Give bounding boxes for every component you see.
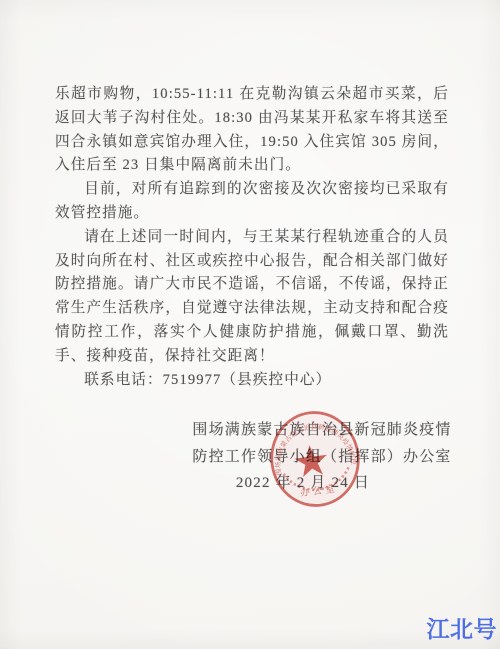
watermark-logo: 江北号 [427, 619, 498, 642]
paragraph-itinerary: 乐超市购物，10:55-11:11 在克勒沟镇云朵超市买菜，后返回大苇子沟村住处… [55, 83, 449, 178]
document-body: 乐超市购物，10:55-11:11 在克勒沟镇云朵超市买菜，后返回大苇子沟村住处… [55, 83, 449, 392]
paragraph-public-notice: 请在上述同一时间内，与王某某行程轨迹重合的人员及时向所在村、社区或疾控中心报告，… [55, 226, 449, 369]
official-seal: 围场满族蒙古族自治县新冠肺炎疫情防控工作领导小组（指挥部） 办公室 [260, 402, 370, 515]
contact-phone-line: 联系电话：7519977（县疾控中心） [55, 369, 449, 393]
paragraph-control-measures: 目前，对所有追踪到的次密接及次次密接均已采取有效管控措施。 [55, 178, 449, 226]
